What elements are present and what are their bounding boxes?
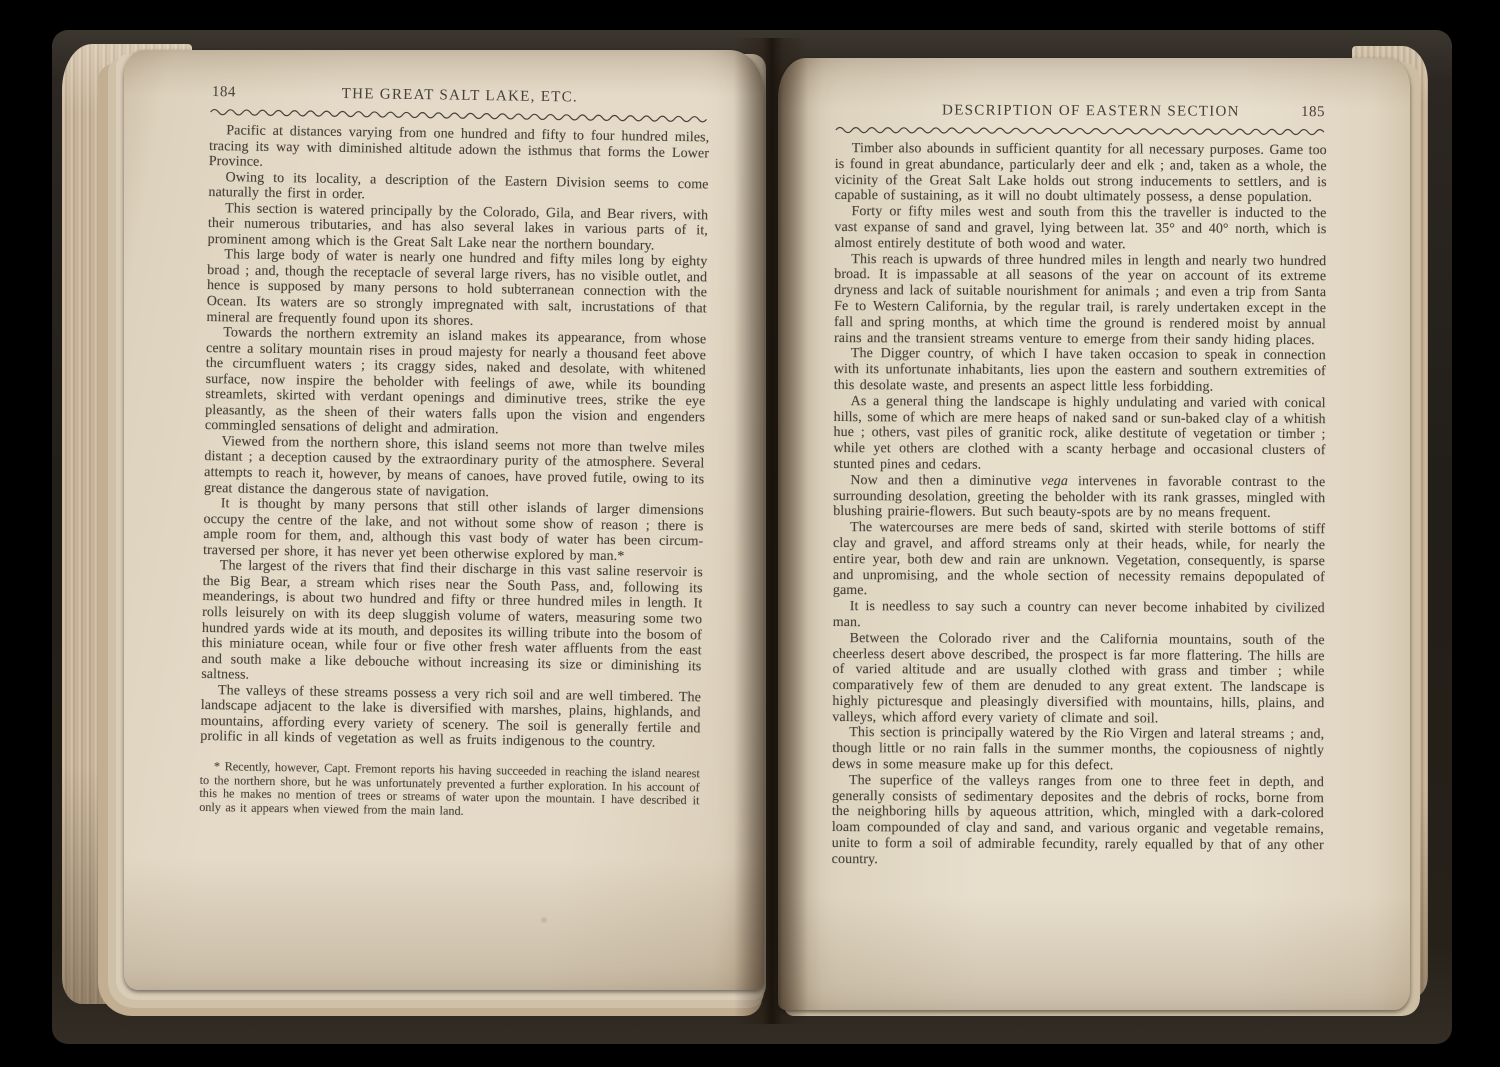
paragraph-text: Now and then a diminutive <box>850 473 1041 489</box>
page-number: 184 <box>212 84 236 101</box>
right-running-head: DESCRIPTION OF EASTERN SECTION 185 <box>835 102 1327 125</box>
paragraph: This large body of water is nearly one h… <box>206 247 707 332</box>
paragraph: As a general thing the landscape is high… <box>833 394 1325 475</box>
paragraph: This section is principally watered by t… <box>832 725 1324 775</box>
paragraph: The valleys of these streams possess a v… <box>200 683 701 753</box>
right-page: DESCRIPTION OF EASTERN SECTION 185 Timbe… <box>778 58 1410 1010</box>
paragraph-with-italic: Now and then a diminutive vega intervene… <box>833 473 1325 523</box>
right-page-body: Timber also abounds in sufficient quanti… <box>832 141 1327 870</box>
paragraph: Forty or fifty miles west and south from… <box>834 204 1326 254</box>
paragraph: Pacific at distances varying from one hu… <box>209 123 710 177</box>
paragraph: It is needless to say such a country can… <box>833 599 1325 633</box>
paragraph: Timber also abounds in sufficient quanti… <box>835 141 1327 206</box>
running-title: THE GREAT SALT LAKE, ETC. <box>210 84 710 108</box>
page-number: 185 <box>1301 104 1325 121</box>
paragraph: The watercourses are mere beds of sand, … <box>833 520 1325 601</box>
book-photo: 184 THE GREAT SALT LAKE, ETC. Pacific at… <box>0 0 1500 1067</box>
paragraph: The Digger country, of which I have take… <box>834 346 1326 396</box>
paragraph: The largest of the rivers that find thei… <box>201 558 703 690</box>
italic-word: vega <box>1041 474 1068 489</box>
paragraph: Between the Colorado river and the Calif… <box>832 631 1324 728</box>
paragraph: Towards the northern extremity an island… <box>205 325 707 441</box>
paragraph: It is thought by many persons that still… <box>203 496 704 566</box>
paragraph: The superfice of the valleys ranges from… <box>832 773 1324 870</box>
paragraph: This section is watered principally by t… <box>208 201 709 255</box>
left-page: 184 THE GREAT SALT LAKE, ETC. Pacific at… <box>124 50 764 990</box>
paragraph: This reach is upwards of three hundred m… <box>834 252 1326 349</box>
running-title: DESCRIPTION OF EASTERN SECTION <box>845 102 1337 121</box>
wavy-rule <box>835 126 1327 136</box>
footnote: * Recently, however, Capt. Fremont repor… <box>199 760 700 823</box>
left-page-body: Pacific at distances varying from one hu… <box>200 123 709 752</box>
paragraph: Viewed from the northern shore, this isl… <box>204 434 705 504</box>
